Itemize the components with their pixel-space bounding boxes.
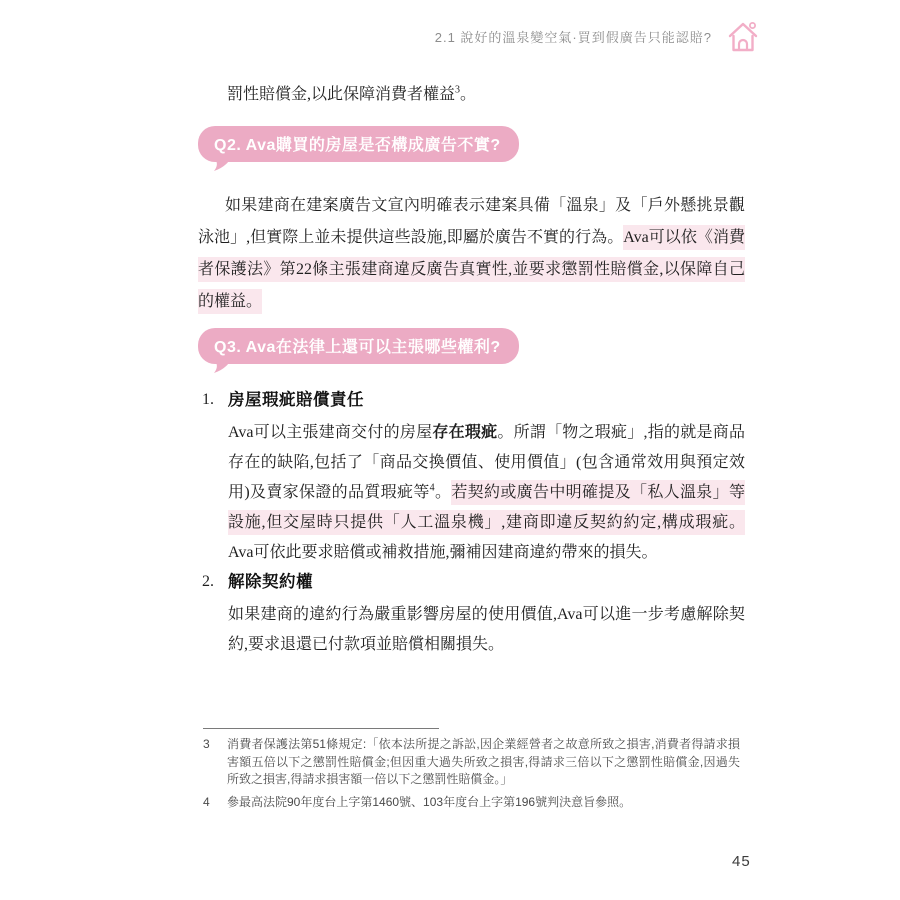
list-item-body: 如果建商的違約行為嚴重影響房屋的使用價值,Ava可以進一步考慮解除契約,要求退還…	[228, 600, 745, 660]
list-item-body: Ava可以主張建商交付的房屋存在瑕疵。所謂「物之瑕疵」,指的就是商品存在的缺陷,…	[228, 418, 745, 568]
question-bubble-q3: Q3. Ava在法律上還可以主張哪些權利?	[198, 328, 519, 364]
running-header-chapter-title: 2.1 說好的溫泉變空氣·買到假廣告只能認賠?	[435, 27, 712, 46]
rights-list: 1. 房屋瑕疵賠償責任 Ava可以主張建商交付的房屋存在瑕疵。所謂「物之瑕疵」,…	[202, 388, 747, 660]
footnote-number: 3	[203, 736, 227, 789]
list-item-heading: 1. 房屋瑕疵賠償責任	[202, 388, 747, 412]
page-number: 45	[732, 853, 751, 870]
answer-paragraph-q2: 如果建商在建案廣告文宣內明確表示建案具備「溫泉」及「戶外懸挑景觀泳池」,但實際上…	[198, 190, 745, 318]
list-item-heading: 2. 解除契約權	[202, 570, 747, 594]
list-title: 房屋瑕疵賠償責任	[228, 388, 364, 412]
house-icon	[726, 19, 760, 55]
footnote-text: 消費者保護法第51條規定:「依本法所提之訴訟,因企業經營者之故意所致之損害,消費…	[227, 736, 740, 789]
book-page: 2.1 說好的溫泉變空氣·買到假廣告只能認賠? 罰性賠償金,以此保障消費者權益3…	[0, 0, 900, 900]
list-number: 1.	[202, 388, 228, 412]
footnote: 4 參最高法院90年度台上字第1460號、103年度台上字第196號判決意旨參照…	[203, 794, 745, 812]
list-number: 2.	[202, 570, 228, 594]
q3-label: Q3. Ava在法律上還可以主張哪些權利?	[198, 328, 519, 364]
question-bubble-q2: Q2. Ava購買的房屋是否構成廣告不實?	[198, 126, 519, 162]
speech-bubble-tail	[211, 357, 237, 373]
intro-paragraph: 罰性賠償金,以此保障消費者權益3。	[227, 83, 747, 107]
footnote: 3 消費者保護法第51條規定:「依本法所提之訴訟,因企業經營者之故意所致之損害,…	[203, 736, 745, 789]
speech-bubble-tail	[211, 155, 237, 171]
footnote-number: 4	[203, 794, 227, 812]
footnotes-section: 3 消費者保護法第51條規定:「依本法所提之訴訟,因企業經營者之故意所致之損害,…	[203, 728, 745, 816]
list-title: 解除契約權	[228, 570, 313, 594]
footnote-divider	[203, 728, 439, 729]
q2-label: Q2. Ava購買的房屋是否構成廣告不實?	[198, 126, 519, 162]
footnote-text: 參最高法院90年度台上字第1460號、103年度台上字第196號判決意旨參照。	[227, 794, 740, 812]
